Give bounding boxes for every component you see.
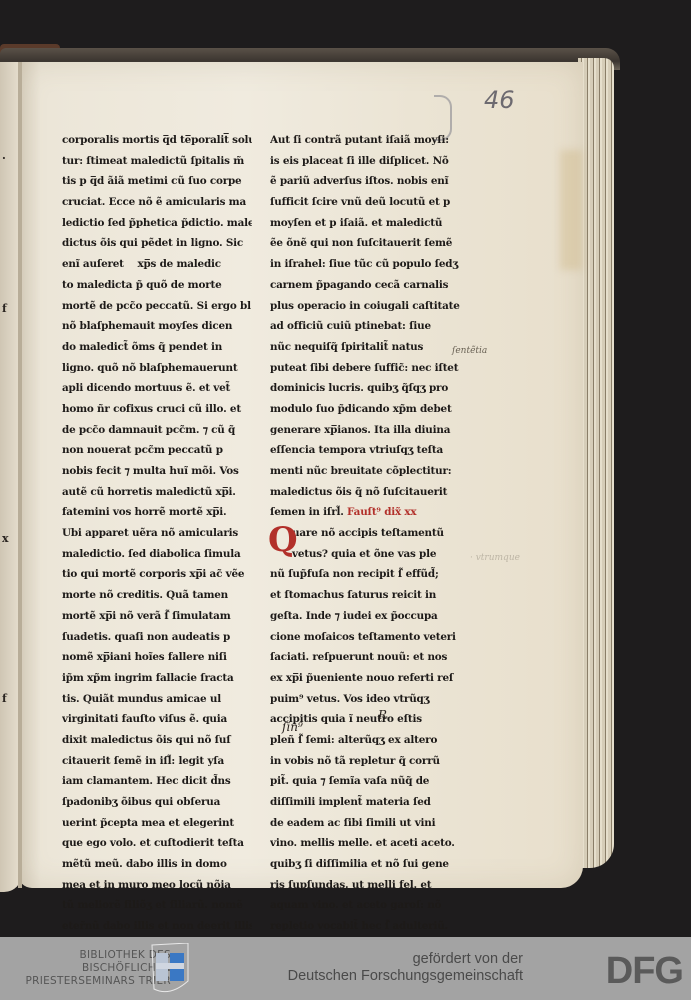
text-line: que ego volo. et cuſtodierit teſta bbox=[62, 833, 252, 854]
text-line: de pcc̃o damnauit pcc̃m. ⁊ cũ q̃ bbox=[62, 420, 252, 441]
margin-note-sententia: ſentẽtia bbox=[452, 346, 487, 356]
text-column-right: Aut ſi contrã putant iſaiã moyſi:is ei… bbox=[270, 130, 485, 937]
funding-line-2: Deutschen Forschungsgemeinschaft bbox=[288, 968, 523, 985]
water-stain bbox=[560, 150, 582, 270]
text-line: ẽe õnẽ qui non ſuſcitauerit ſemẽ bbox=[270, 233, 485, 254]
text-line: morte nõ creditis. Quã tamen bbox=[62, 585, 252, 606]
text-line: diſſimili implent̃ materia ſed bbox=[270, 792, 485, 813]
text-line: repletio vocabit̃ hec ſ̃ adulteriũ. bbox=[270, 916, 485, 937]
text-line: eter̃nũ dabo illis et non deerit illis. bbox=[62, 916, 252, 937]
catchword-left: ſin⁹ bbox=[282, 720, 303, 734]
text-line: ris ſupſundas. ut melli fel. et bbox=[270, 875, 485, 896]
text-line: maledictus õis q̃ nõ ſuſcitauerit bbox=[270, 482, 485, 503]
text-line: vino. mellis melle. et aceti aceto. bbox=[270, 833, 485, 854]
text-line: pit̃. quia ⁊ ſemĩa vaſa nũq̃ de bbox=[270, 771, 485, 792]
text-line: de eadem ac ſibi ſimili ut vini bbox=[270, 813, 485, 834]
manuscript-scan: · f x f 46 corporalis mortis q̅d te̅pora… bbox=[0, 0, 691, 937]
text-line: homo ñr cofixus cruci cũ illo. et bbox=[62, 399, 252, 420]
text-line: ſemen in iſrl̃. Fauſt⁹ dix̃ xx bbox=[270, 502, 485, 523]
text-line: in vobis nõ tã repletur q̃ corrũ bbox=[270, 751, 485, 772]
text-line: tũ meliorẽ filiõʒ et filiarũ. nomẽ bbox=[62, 895, 252, 916]
dfg-logo: DFG bbox=[606, 954, 683, 988]
text-line: ſaciati. reſpuerunt nouũ: et nos bbox=[270, 647, 485, 668]
text-line: dictus õis qui pẽdet in ligno. Sic bbox=[62, 233, 252, 254]
text-line: ſuadetis. quaſi non audeatis p bbox=[62, 627, 252, 648]
text-line: mea et in muro meo locũ nõia bbox=[62, 875, 252, 896]
text-line: citauerit ſemẽ in iſl̃: legit yſa bbox=[62, 751, 252, 772]
text-line: vetus? quia et õne vas ple bbox=[270, 544, 485, 565]
text-line: moyſen et p iſaiã. et maledictũ bbox=[270, 213, 485, 234]
text-line: ſpadonibʒ õibus qui obſerua bbox=[62, 792, 252, 813]
text-line: geſta. Inde ⁊ iudei ex p̃occupa bbox=[270, 606, 485, 627]
text-line: to maledicta p̃ quõ de morte bbox=[62, 275, 252, 296]
text-line: do maledict̃ õms q̃ pendet in bbox=[62, 337, 252, 358]
text-line: mortẽ xp̅i nõ verã ſ̃ ſimulatam bbox=[62, 606, 252, 627]
text-line: enĩ auſeret xp̅s de maledic bbox=[62, 254, 252, 275]
text-line: ligno. quõ nõ blaſphemauerunt bbox=[62, 358, 252, 379]
text-line: generare xp̅ianos. Ita illa diuina bbox=[270, 420, 485, 441]
text-line: nomẽ xp̅iani hoĩes fallere niſi bbox=[62, 647, 252, 668]
library-cross-shield-icon bbox=[150, 943, 190, 995]
text-line: plus operacio in coiugali caſtitate bbox=[270, 296, 485, 317]
text-line: nõ blaſphemauit moyſes dicen bbox=[62, 316, 252, 337]
text-line: ſufficit ſcire vnũ deũ locutũ et p bbox=[270, 192, 485, 213]
text-line: is eis placeat ſi ille diſplicet. Nõ bbox=[270, 151, 485, 172]
text-line: ex xp̅i p̃ueniente nouo referti reſ bbox=[270, 668, 485, 689]
rubric-heading: Fauſt⁹ dix̃ xx bbox=[344, 506, 417, 518]
text-line: quibʒ ſi diſſimilia et nõ ſui gene bbox=[270, 854, 485, 875]
footer-banner: BIBLIOTHEK DES BISCHÖFLICHEN PRIESTERSEM… bbox=[0, 937, 691, 1000]
text-line: ad officiũ cuiũ ptinebat: ſiue bbox=[270, 316, 485, 337]
text-line: mẽtũ meũ. dabo illis in domo bbox=[62, 854, 252, 875]
margin-note-faint: · vtrumque bbox=[470, 553, 520, 563]
text-line: tis p q̅d ãiã metimi cũ ſuo corpe bbox=[62, 171, 252, 192]
text-line: in iſrahel: ſiue tũc cũ populo ſedʒ bbox=[270, 254, 485, 275]
text-line: cione moſaicos teſtamento veteri bbox=[270, 627, 485, 648]
text-line: modulo ſuo p̃dicando xp̃m debet bbox=[270, 399, 485, 420]
text-line: tis. Quiãt mundus amicae ul bbox=[62, 689, 252, 710]
text-line: ledictio ſed p̃phetica p̃dictio. male bbox=[62, 213, 252, 234]
text-line: menti nũc breuitate cõplectitur: bbox=[270, 461, 485, 482]
text-line: non nouerat pcc̃m peccatũ p bbox=[62, 440, 252, 461]
dfg-funding-text: gefördert von der Deutschen Forschungsge… bbox=[288, 951, 523, 985]
text-line: Ubi apparet uẽra nõ amicularis bbox=[62, 523, 252, 544]
text-line: corporalis mortis q̅d te̅poralit̅ solu bbox=[62, 130, 252, 151]
text-line: tio qui mortẽ corporis xp̅i ac̃ vẽe bbox=[62, 564, 252, 585]
text-line: Aut ſi contrã putant iſaiã moyſi: bbox=[270, 130, 485, 151]
text-line: et ſtomachus ſaturus reicit in bbox=[270, 585, 485, 606]
text-line: puteat ſibi debere ſuffic̃: nec iſtet bbox=[270, 358, 485, 379]
decorated-initial-q: Q bbox=[270, 523, 297, 544]
page-gutter bbox=[18, 62, 22, 888]
catchword-right: R bbox=[378, 708, 387, 722]
text-line: Quare nõ accipis teſtamentũ bbox=[270, 523, 485, 544]
funding-line-1: gefördert von der bbox=[288, 951, 523, 968]
text-line: virginitati fauſto viſus ẽ. quia bbox=[62, 709, 252, 730]
text-line: fatemini vos horrẽ mortẽ xp̅i. bbox=[62, 502, 252, 523]
text-line: nobis fecit ⁊ multa huĩ mõi. Vos bbox=[62, 461, 252, 482]
text-line: dominicis lucris. quibʒ q̃ſqʒ pro bbox=[270, 378, 485, 399]
text-line: tur: ſtimeat maledictũ ſpitalis m̃ bbox=[62, 151, 252, 172]
folio-number: 46 bbox=[484, 86, 515, 114]
text-line: nũ ſup̃fuſa non recipit ſ̃ effũd̃; bbox=[270, 564, 485, 585]
text-line: mortẽ de pcc̃o peccatũ. Si ergo bl bbox=[62, 296, 252, 317]
text-line: puim⁹ vetus. Vos ideo vtrũqʒ bbox=[270, 689, 485, 710]
text-line: eſſencia tempora vtriuſqʒ teſta bbox=[270, 440, 485, 461]
text-line: iam clamantem. Hec dicit d̃ns bbox=[62, 771, 252, 792]
text-column-left: corporalis mortis q̅d te̅poralit̅ solutu… bbox=[62, 130, 252, 937]
text-line: ip̃m xp̃m ingrim fallacie ſracta bbox=[62, 668, 252, 689]
text-line: uerint p̃cepta mea et elegerint bbox=[62, 813, 252, 834]
text-line: aquam vino. et aceto garoſ: nõ bbox=[270, 895, 485, 916]
text-line: maledictio. ſed diabolica ſimula bbox=[62, 544, 252, 565]
text-line: carnem p̃pagando cecã carnalis bbox=[270, 275, 485, 296]
text-line: dixit maledictus õis qui nõ ſuſ bbox=[62, 730, 252, 751]
text-line: apli dicendo mortuus ẽ. et vet̃ bbox=[62, 378, 252, 399]
text-line: cruciat. Ecce nõ ẽ amicularis ma bbox=[62, 192, 252, 213]
text-line: ẽ pariũ adverſus iſtos. nobis enĩ bbox=[270, 171, 485, 192]
text-line: autẽ cũ horretis maledictũ xp̅i. bbox=[62, 482, 252, 503]
fore-edge-leaves bbox=[578, 58, 614, 868]
